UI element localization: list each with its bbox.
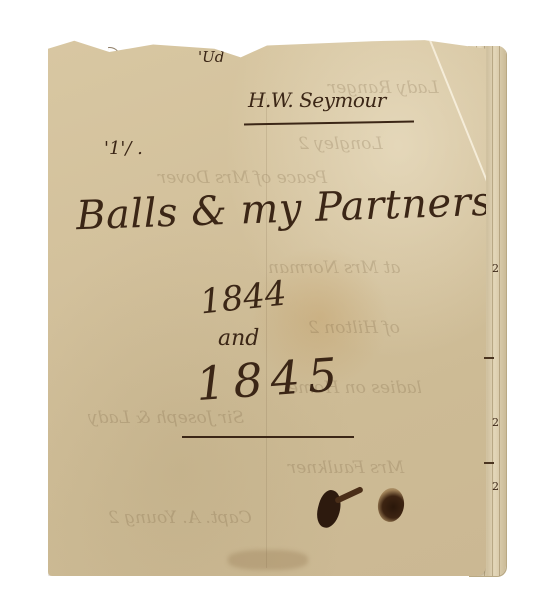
ink-blot	[376, 486, 406, 523]
signature-underline	[244, 121, 414, 126]
bleed-through-text: Capt. A. Young 2	[108, 508, 252, 528]
page-edge-number: 2	[492, 262, 499, 275]
water-stain	[228, 550, 308, 570]
bleed-through-text: of Hilton 2	[308, 318, 400, 338]
page-edge-number: 2	[492, 480, 499, 493]
notebook-cover: Lady Ranger Longley 2 Peace of Mrs Dover…	[48, 38, 486, 576]
year-underline	[182, 436, 354, 438]
bleed-through-text: at Mrs Norman	[268, 258, 400, 278]
year-conjunction: and	[218, 326, 259, 351]
bleed-through-text: Sir Joseph & Lady	[88, 408, 244, 428]
start-year: 1844	[198, 274, 288, 323]
margin-mark: '1'/ .	[104, 138, 143, 159]
page-edge-tab	[484, 357, 494, 359]
end-year: 1845	[194, 347, 346, 411]
page-edge-tab	[484, 462, 494, 464]
bleed-through-text: Mrs Faulkner	[288, 458, 404, 478]
notebook: Lady Ranger Longley 2 Peace of Mrs Dover…	[48, 32, 510, 582]
owner-signature: H.W. Seymour	[248, 88, 386, 112]
cover-title: Balls & my Partners	[75, 179, 493, 240]
top-edge-mark: 'Ud	[198, 48, 224, 66]
bleed-through-text: Longley 2	[298, 134, 383, 154]
ink-blot	[313, 488, 344, 530]
page-edge-number: 2	[492, 416, 499, 429]
